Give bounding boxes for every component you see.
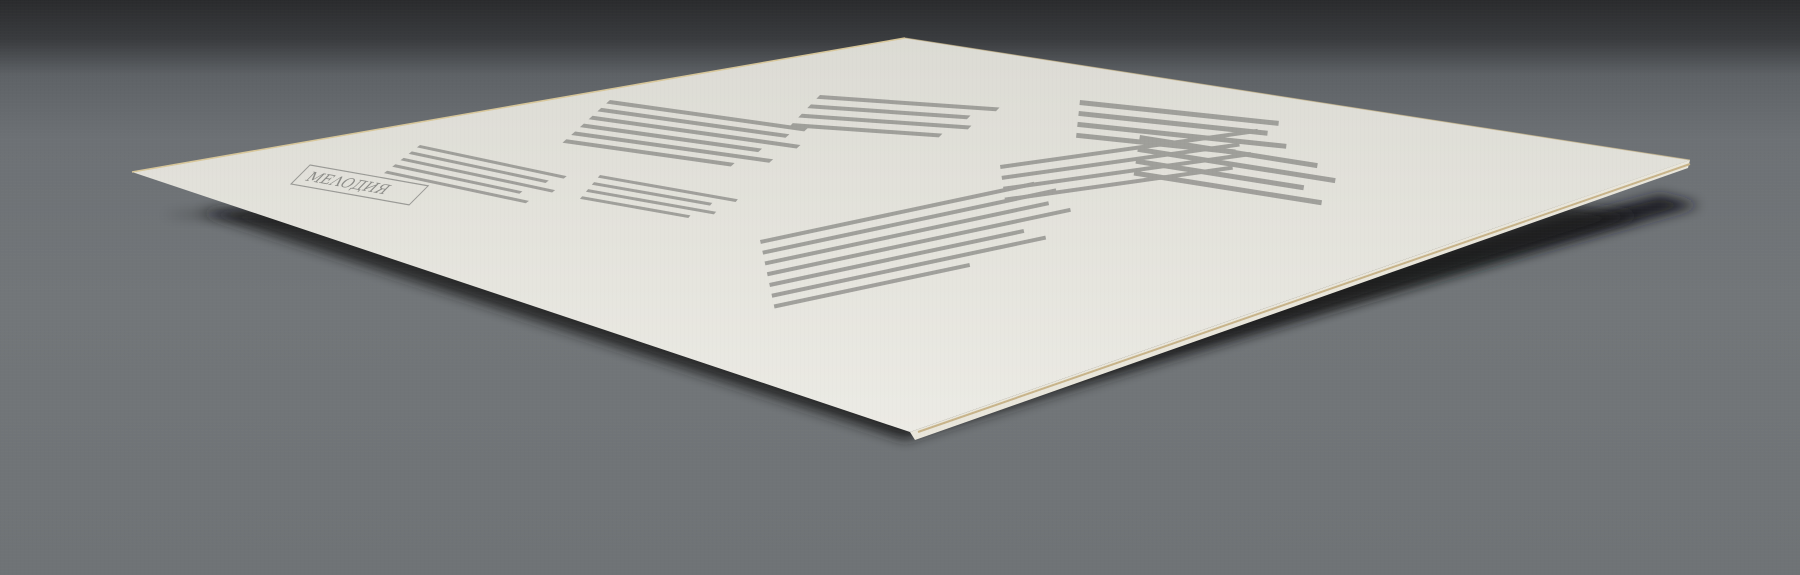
record-sleeve-illustration: ΜΕΛОДИЯ bbox=[0, 0, 1800, 575]
photo-scene: ΜΕΛОДИЯ bbox=[0, 0, 1800, 575]
sleeve-surface bbox=[132, 38, 1690, 432]
